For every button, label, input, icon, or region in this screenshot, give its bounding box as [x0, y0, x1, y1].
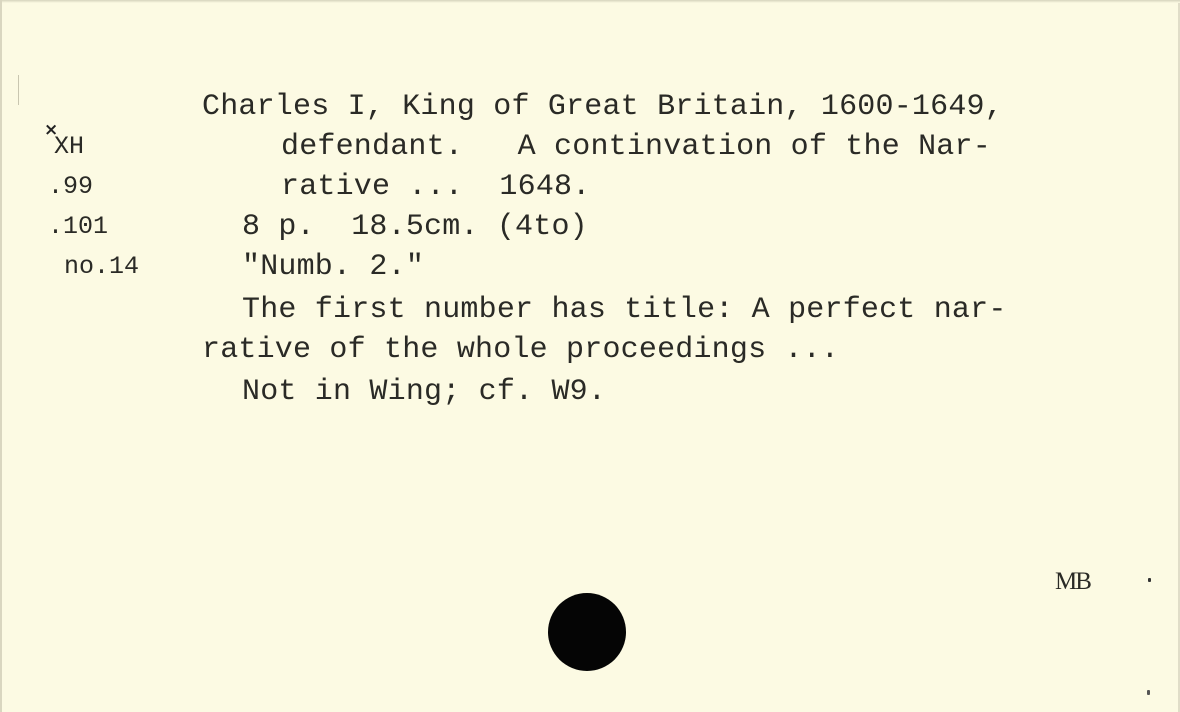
- punch-hole-icon: [548, 593, 626, 671]
- quote-note: "Numb. 2.": [242, 247, 424, 287]
- speck-mark: [1148, 578, 1151, 582]
- speck-mark: [1147, 690, 1150, 695]
- note-line-1: The first number has title: A perfect na…: [242, 290, 1007, 330]
- call-number-line-3: .101: [48, 207, 108, 247]
- call-number-line-2: .99: [48, 167, 93, 207]
- collation: 8 p. 18.5cm. (4to): [242, 207, 588, 247]
- note-line-3: Not in Wing; cf. W9.: [242, 372, 606, 412]
- call-number-line-4: no.14: [64, 247, 139, 287]
- title-line-2: rative ... 1648.: [281, 167, 590, 207]
- entry-heading: Charles I, King of Great Britain, 1600-1…: [202, 87, 1003, 127]
- card-top-edge: [2, 0, 1180, 3]
- call-number-line-1: XH: [54, 127, 84, 167]
- note-line-2: rative of the whole proceedings ...: [202, 330, 839, 370]
- catalog-card: × XH .99 .101 no.14 Charles I, King of G…: [0, 0, 1180, 712]
- title-line-1: defendant. A continvation of the Nar-: [281, 127, 991, 167]
- left-edge-mark: [18, 75, 19, 105]
- cataloger-initials: MB: [1055, 568, 1090, 596]
